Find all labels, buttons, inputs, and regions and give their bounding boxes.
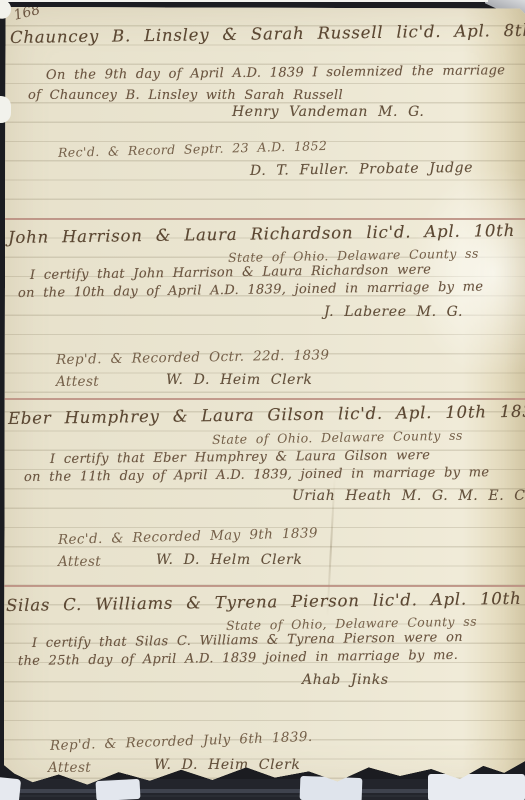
entry-4-title: Silas C. Williams & Tyrena Pierson lic'd… <box>6 588 525 615</box>
entry-2-minister-signature: J. Laberee M. G. <box>324 304 463 320</box>
entry-4-clerk-signature: W. D. Heim Clerk <box>154 757 300 773</box>
entry-4-recorded-note: Rep'd. & Recorded July 6th 1839. <box>50 729 313 754</box>
entry-2-state-line: State of Ohio. Delaware County ss <box>228 246 479 265</box>
backing-sheet-patch <box>428 774 525 800</box>
ledger-page: 168 Chauncey B. Linsley & Sarah Russell … <box>4 7 525 790</box>
entry-3-minister-signature: Uriah Heath M. G. M. E. C. <box>292 488 525 504</box>
entry-3-body-line: on the 11th day of April A.D. 1839, join… <box>24 465 490 485</box>
entry-separator-rule <box>4 398 525 400</box>
entry-1-minister-signature: Henry Vandeman M. G. <box>232 104 424 120</box>
entry-1-body-line: of Chauncey B. Linsley with Sarah Russel… <box>28 88 343 103</box>
entry-3-body-line: I certify that Eber Humphrey & Laura Gil… <box>50 448 430 467</box>
entry-1-probate-judge-signature: D. T. Fuller. Probate Judge <box>250 160 473 179</box>
entry-2-clerk-signature: W. D. Heim Clerk <box>166 372 312 388</box>
entry-3-title: Eber Humphrey & Laura Gilson lic'd. Apl.… <box>8 401 525 428</box>
entry-3-attest-label: Attest <box>58 554 101 570</box>
backing-sheet-patch <box>96 779 141 800</box>
backing-sheet-patch <box>0 777 21 800</box>
entry-3-recorded-note: Rec'd. & Recorded May 9th 1839 <box>58 525 318 548</box>
entry-2-body-line: on the 10th day of April A.D. 1839, join… <box>18 280 484 301</box>
entry-separator-rule <box>4 218 525 220</box>
entry-1-title: Chauncey B. Linsley & Sarah Russell lic'… <box>10 19 525 47</box>
entry-4-body-line: the 25th day of April A.D. 1839 joined i… <box>18 648 458 669</box>
backing-sheet-patch <box>300 776 363 800</box>
entry-4-minister-signature: Ahab Jinks <box>302 672 389 688</box>
entry-2-body-line: I certify that John Harrison & Laura Ric… <box>30 262 431 283</box>
entry-3-state-line: State of Ohio. Delaware County ss <box>212 428 463 447</box>
entry-3-clerk-signature: W. D. Helm Clerk <box>156 552 302 568</box>
entry-4-attest-label: Attest <box>48 760 91 776</box>
entry-2-recorded-note: Rep'd. & Recorded Octr. 22d. 1839 <box>56 347 330 368</box>
entry-2-attest-label: Attest <box>56 374 99 390</box>
entry-1-body-line: On the 9th day of April A.D. 1839 I sole… <box>46 63 505 83</box>
page-number: 168 <box>12 2 42 24</box>
entry-1-recorded-note: Rec'd. & Record Septr. 23 A.D. 1852 <box>58 138 328 160</box>
entry-separator-rule <box>4 585 525 587</box>
book-edge-highlight <box>0 0 488 2</box>
entry-2-title: John Harrison & Laura Richardson lic'd. … <box>8 220 525 247</box>
scanned-marriage-ledger: { "page": { "number": "168" }, "entries"… <box>0 0 525 800</box>
